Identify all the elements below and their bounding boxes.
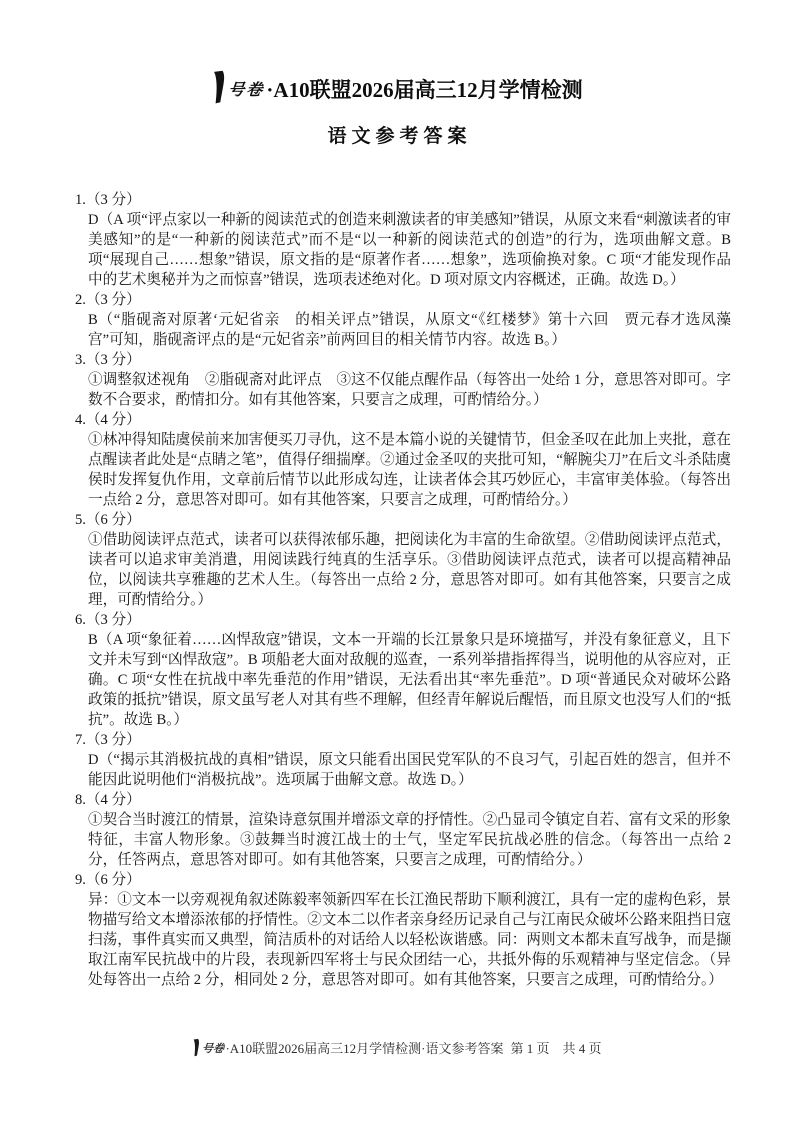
- question-score: （6 分）: [86, 872, 141, 888]
- answers-content: 1.（3 分） D（A 项“评点家以一种新的阅读范式的创造来刺激读者的审美感知”…: [75, 190, 731, 990]
- question-score: （3 分）: [86, 292, 141, 308]
- question-number: 1.: [75, 192, 86, 208]
- question-head: 1.（3 分）: [75, 190, 731, 210]
- question-block-5: 5.（6 分） ①借助阅读评点范式，读者可以获得浓郁乐趣，把阅读化为丰富的生命欲…: [75, 510, 731, 610]
- question-score: （6 分）: [86, 512, 141, 528]
- question-number: 2.: [75, 292, 86, 308]
- question-answer: ①林冲得知陆虞侯前来加害便买刀寻仇，这不是本篇小说的关键情节，但金圣叹在此加上夹…: [88, 430, 731, 510]
- answer-sheet-page: 号卷 ·A10联盟2026届高三12月学情检测 语文参考答案 1.（3 分） D…: [0, 0, 794, 1123]
- question-score: （3 分）: [86, 732, 141, 748]
- question-block-2: 2.（3 分） B（“脂砚斋对原著‘元妃省亲 的相关评点”错误，从原文“《红楼梦…: [75, 290, 731, 350]
- page-footer: 号卷 ·A10联盟2026届高三12月学情检测·语文参考答案 第 1 页 共 4…: [0, 1038, 794, 1061]
- question-score: （3 分）: [86, 192, 141, 208]
- page-subtitle: 语文参考答案: [0, 121, 794, 148]
- question-number: 3.: [75, 352, 86, 368]
- footer-logo-suffix: 号卷: [202, 1040, 226, 1057]
- question-block-4: 4.（4 分） ①林冲得知陆虞侯前来加害便买刀寻仇，这不是本篇小说的关键情节，但…: [75, 410, 731, 510]
- question-head: 7.（3 分）: [75, 730, 731, 750]
- brand-logo: 号卷: [211, 70, 264, 104]
- brush-numeral-one-icon: [211, 70, 226, 104]
- question-number: 4.: [75, 412, 86, 428]
- question-score: （3 分）: [86, 612, 141, 628]
- footer-page-indicator: 第 1 页 共 4 页: [511, 1038, 602, 1057]
- question-number: 5.: [75, 512, 86, 528]
- question-block-8: 8.（4 分） ①契合当时渡江的情景，渲染诗意氛围并增添文章的抒情性。②凸显司令…: [75, 790, 731, 870]
- question-block-1: 1.（3 分） D（A 项“评点家以一种新的阅读范式的创造来刺激读者的审美感知”…: [75, 190, 731, 290]
- question-answer: ①调整叙述视角 ②脂砚斋对此评点 ③这不仅能点醒作品（每答出一处给 1 分，意思…: [88, 370, 731, 410]
- question-head: 4.（4 分）: [75, 410, 731, 430]
- question-number: 6.: [75, 612, 86, 628]
- question-score: （4 分）: [86, 412, 141, 428]
- question-head: 5.（6 分）: [75, 510, 731, 530]
- question-answer: ①借助阅读评点范式，读者可以获得浓郁乐趣，把阅读化为丰富的生命欲望。②借助阅读评…: [88, 530, 731, 610]
- question-head: 2.（3 分）: [75, 290, 731, 310]
- page-header: 号卷 ·A10联盟2026届高三12月学情检测 语文参考答案: [0, 0, 794, 148]
- question-head: 6.（3 分）: [75, 610, 731, 630]
- exam-title: 号卷 ·A10联盟2026届高三12月学情检测: [0, 70, 794, 104]
- question-score: （3 分）: [86, 352, 141, 368]
- question-block-6: 6.（3 分） B（A 项“象征着……凶悍敌寇”错误，文本一开端的长江景象只是环…: [75, 610, 731, 730]
- question-head: 8.（4 分）: [75, 790, 731, 810]
- footer-text: ·A10联盟2026届高三12月学情检测·语文参考答案: [225, 1038, 503, 1057]
- question-block-3: 3.（3 分） ①调整叙述视角 ②脂砚斋对此评点 ③这不仅能点醒作品（每答出一处…: [75, 350, 731, 410]
- question-answer: 异：①文本一以旁观视角叙述陈毅率领新四军在长江渔民帮助下顺利渡江，具有一定的虚构…: [88, 890, 731, 990]
- question-answer: D（“揭示其消极抗战的真相”错误，原文只能看出国民党军队的不良习气，引起百姓的怨…: [88, 750, 731, 790]
- brand-logo-suffix: 号卷: [227, 81, 265, 104]
- footer-line: 号卷 ·A10联盟2026届高三12月学情检测·语文参考答案 第 1 页 共 4…: [192, 1038, 601, 1057]
- question-number: 7.: [75, 732, 86, 748]
- question-head: 3.（3 分）: [75, 350, 731, 370]
- question-block-7: 7.（3 分） D（“揭示其消极抗战的真相”错误，原文只能看出国民党军队的不良习…: [75, 730, 731, 790]
- exam-title-text: ·A10联盟2026届高三12月学情检测: [266, 77, 582, 104]
- question-answer: B（A 项“象征着……凶悍敌寇”错误，文本一开端的长江景象只是环境描写，并没有象…: [88, 630, 731, 730]
- question-number: 8.: [75, 792, 86, 808]
- question-number: 9.: [75, 872, 86, 888]
- question-answer: D（A 项“评点家以一种新的阅读范式的创造来刺激读者的审美感知”错误，从原文来看…: [88, 210, 731, 290]
- question-block-9: 9.（6 分） 异：①文本一以旁观视角叙述陈毅率领新四军在长江渔民帮助下顺利渡江…: [75, 870, 731, 990]
- question-head: 9.（6 分）: [75, 870, 731, 890]
- question-answer: B（“脂砚斋对原著‘元妃省亲 的相关评点”错误，从原文“《红楼梦》第十六回 贾元…: [88, 310, 731, 350]
- brush-numeral-one-icon: [192, 1038, 200, 1057]
- question-score: （4 分）: [86, 792, 141, 808]
- question-answer: ①契合当时渡江的情景，渲染诗意氛围并增添文章的抒情性。②凸显司令镇定自若、富有文…: [88, 810, 731, 870]
